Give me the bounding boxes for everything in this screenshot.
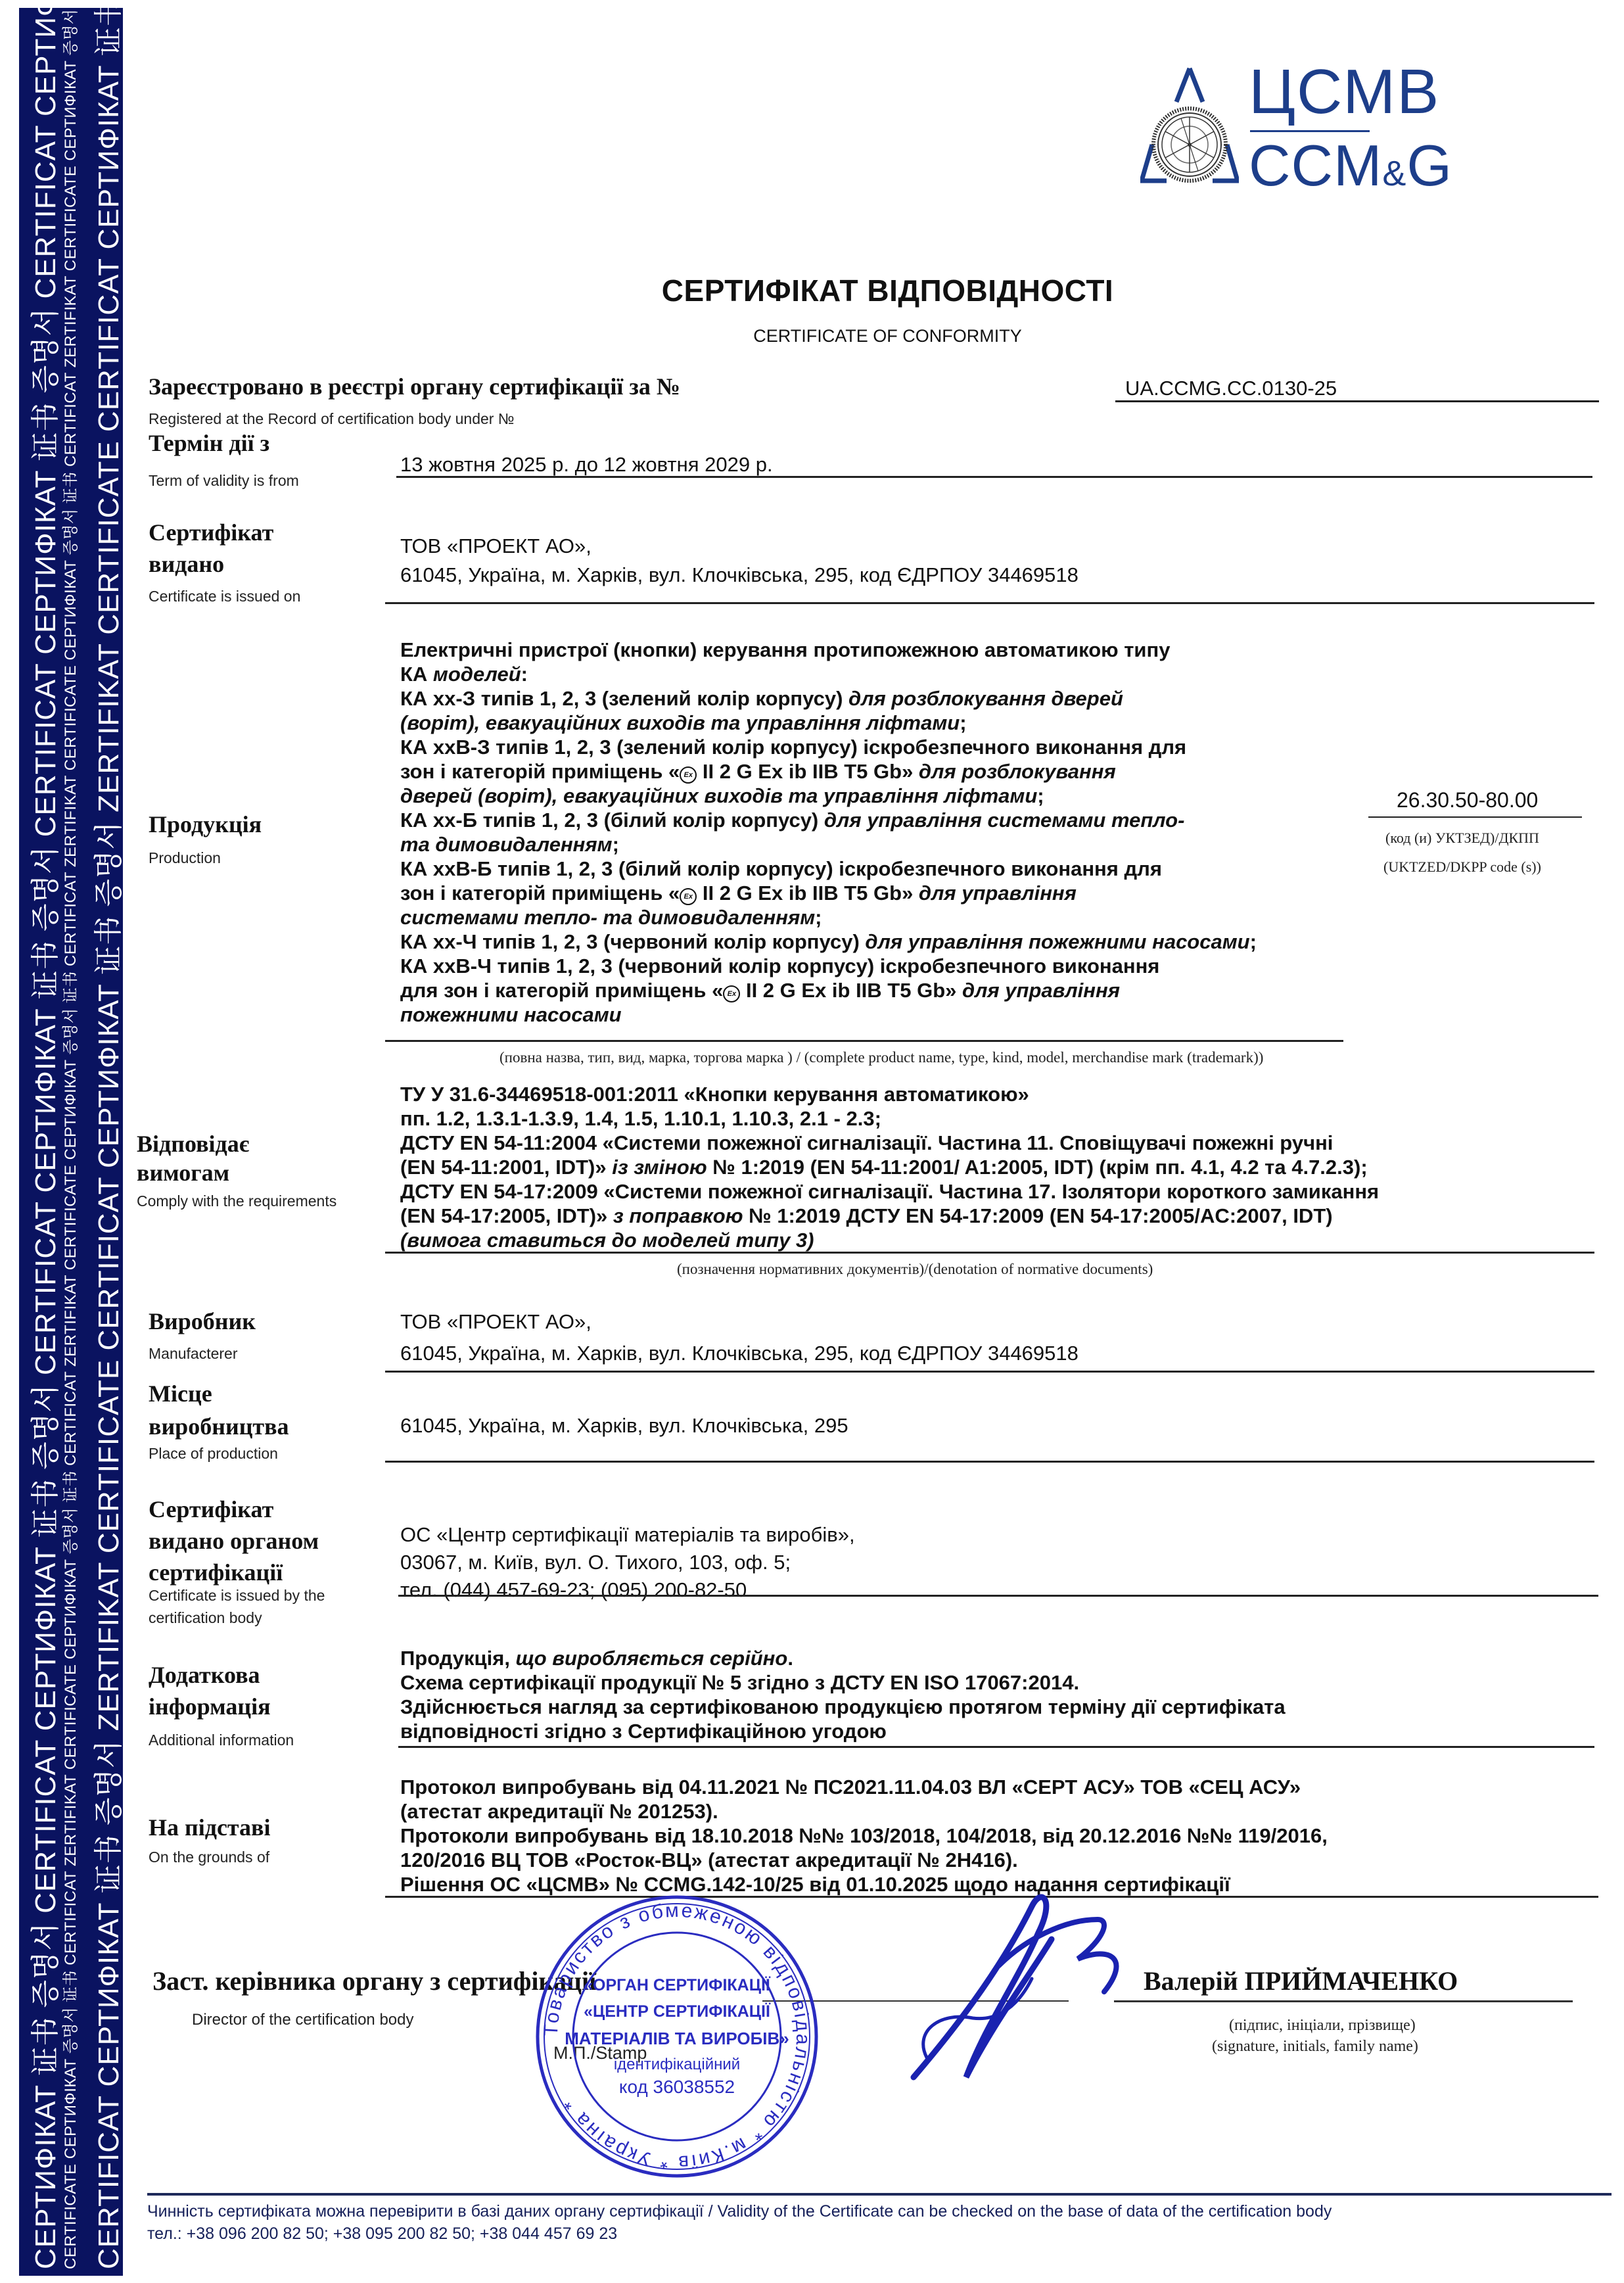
italic-text: (вимога ставиться до моделей типу 3) [400,1229,814,1252]
manufacturer-underline [385,1371,1594,1373]
text-line: зон і категорій приміщень «Ex II 2 G Ex … [400,881,1353,905]
text: КА ххВ-З типів 1, 2, 3 (зелений колір ко… [400,736,1186,759]
text-line: відповідності згідно з Сертифікаційною у… [400,1719,1596,1743]
text: КА [400,663,433,686]
text: КА ххВ-Б типів 1, 2, 3 (білий колір корп… [400,857,1162,880]
manufacturer-label-en: Manufacterer [149,1344,238,1363]
text: ДСТУ EN 54-11:2004 «Системи пожежної сиг… [400,1131,1333,1154]
cert-body-label-3: сертифікації [149,1558,283,1587]
text-line: та димовидаленням; [400,832,1353,857]
strip-column-small: CERTIFICATE СЕРТИФІКАТ 증명서 证书 CERTIFICAT… [57,8,83,2276]
text-line: дверей (воріт), евакуаційних виходів та … [400,784,1353,808]
text: КА хх-Ч типів 1, 2, 3 (червоний колір ко… [400,930,865,953]
gear-triangle-logo-icon [1140,66,1239,184]
text-line: системами тепло- та димовидаленням; [400,905,1353,930]
italic-text: пожежними насосами [400,1003,622,1026]
ex-symbol-icon: Ex [680,766,697,784]
logo-text-g: G [1406,133,1452,198]
requirements-list: ТУ У 31.6-34469518-001:2011 «Кнопки керу… [400,1082,1610,1252]
cert-body-underline [398,1595,1598,1597]
text: відповідності згідно з Сертифікаційною у… [400,1720,887,1743]
cert-body-label: Сертифікат [149,1495,273,1524]
product-code-underline [1368,816,1582,818]
production-caption: (повна назва, тип, вид, марка, торгова м… [499,1049,1263,1066]
product-code-caption-en: (UKTZED/DKPP code (s)) [1383,859,1541,876]
text-line: для зон і категорій приміщень «Ex II 2 G… [400,978,1353,1002]
text: ТУ У 31.6-34469518-001:2011 «Кнопки керу… [400,1083,1029,1106]
place-label-en: Place of production [149,1444,278,1463]
additional-label-2: інформація [149,1692,271,1721]
strip-column-large: СЕРТИФІКАТ 证书 증명서 CERTIFICAT СЕРТИФІКАТ … [22,8,58,2276]
validity-value: 13 жовтня 2025 р. до 12 жовтня 2029 р. [400,452,773,477]
requirements-underline [385,1252,1594,1254]
manufacturer-address: 61045, Україна, м. Харків, вул. Клочківс… [400,1341,1079,1365]
text-line: пожежними насосами [400,1002,1353,1027]
stamp-line: ідентифікаційний [614,2056,740,2073]
italic-text: що виробляється серійно [516,1647,788,1670]
text-line: КА ххВ-З типів 1, 2, 3 (зелений колір ко… [400,735,1353,759]
text: ; [1037,784,1044,807]
strip-text: CERTIFICATE СЕРТИФІКАТ 증명서 证书 CERTIFICAT… [57,8,80,2269]
text: пп. 1.2, 1.3.1-1.3.9, 1.4, 1.5, 1.10.1, … [400,1107,881,1130]
text-line: (EN 54-11:2001, IDT)» із зміною № 1:2019… [400,1155,1610,1179]
cert-body-label-en-2: certification body [149,1608,262,1628]
place-underline [385,1461,1594,1463]
registry-label-en: Registered at the Record of certificatio… [149,409,515,429]
footer-validity-note: Чинність сертифіката можна перевірити в … [147,2201,1332,2222]
requirements-caption: (позначення нормативних документів)/(den… [677,1261,1153,1278]
text-line: ДСТУ EN 54-11:2004 «Системи пожежної сиг… [400,1131,1610,1155]
italic-text: для управління системами тепло- [824,809,1185,832]
italic-text: для управління пожежними насосами [865,930,1249,953]
text-line: КА ххВ-Б типів 1, 2, 3 (білий колір корп… [400,857,1353,881]
production-description: Електричні пристрої (кнопки) керування п… [400,638,1353,1027]
security-strip: СЕРТИФІКАТ 证书 증명서 CERTIFICAT СЕРТИФІКАТ … [19,8,123,2276]
logo-text-en: CCM&G [1249,137,1452,195]
additional-label: Додаткова [149,1660,260,1689]
grounds-label-en: On the grounds of [149,1847,269,1867]
name-caption-ua: (підпис, ініціали, прізвище) [1229,2017,1416,2035]
text-line: КА моделей: [400,662,1353,686]
text: II 2 G Ex ib IIB T5 Gb» [697,760,919,783]
grounds-line: Протокол випробувань від 04.11.2021 № ПС… [400,1775,1596,1799]
grounds-label: На підставі [149,1813,271,1842]
ex-symbol-icon: Ex [723,985,740,1002]
stamp-line: МАТЕРІАЛІВ ТА ВИРОБІВ» [565,2029,789,2048]
issued-to-company: ТОВ «ПРОЕКТ АО», [400,534,592,558]
page-title: СЕРТИФІКАТ ВІДПОВІДНОСТІ [0,273,1624,308]
text: КА хх-Б типів 1, 2, 3 (білий колір корпу… [400,809,824,832]
text-line: КА хх-Ч типів 1, 2, 3 (червоний колір ко… [400,930,1353,954]
registry-number: UA.CCMG.CC.0130-25 [1125,376,1337,400]
grounds-list: Протокол випробувань від 04.11.2021 № ПС… [400,1775,1596,1896]
italic-text: для управління [919,882,1077,905]
text: . [787,1647,793,1670]
text-line: пп. 1.2, 1.3.1-1.3.9, 1.4, 1.5, 1.10.1, … [400,1106,1610,1131]
italic-text: дверей (воріт), евакуаційних виходів та … [400,784,1037,807]
manufacturer-company: ТОВ «ПРОЕКТ АО», [400,1309,592,1334]
text: ; [960,711,966,734]
additional-label-en: Additional information [149,1730,294,1750]
strip-column-large: CERTIFICAT СЕРТИФІКАТ 证书 증명서 ZERTIFIKAT … [85,8,122,2276]
place-label: Місце [149,1379,212,1408]
logo-text-amp: & [1382,154,1406,193]
text: (EN 54-11:2001, IDT)» [400,1156,612,1179]
footer-divider [147,2193,1612,2196]
text: Здійснюється нагляд за сертифікованою пр… [400,1695,1286,1718]
grounds-line: (атестат акредитації № 201253). [400,1799,1596,1824]
cert-body-label-2: видано органом [149,1526,319,1555]
italic-text: для розблокування [919,760,1116,783]
footer-phones: тел.: +38 096 200 82 50; +38 095 200 82 … [147,2223,617,2244]
product-code-caption-ua: (код (и) УКТЗЕД)/ДКПП [1385,830,1539,847]
italic-text: системами тепло- та димовидаленням [400,906,815,929]
text: КА ххВ-Ч типів 1, 2, 3 (червоний колір к… [400,954,1159,977]
text-line: ТУ У 31.6-34469518-001:2011 «Кнопки керу… [400,1082,1610,1106]
italic-text: для розблокування дверей [848,687,1123,710]
stamp-line: «ОРГАН СЕРТИФІКАЦІЇ [584,1976,771,1994]
issued-to-label: Сертифікат [149,518,273,547]
text: № 1:2019 (EN 54-11:2001/ A1:2005, IDT) (… [707,1156,1368,1179]
issued-to-label-en: Certificate is issued on [149,586,300,606]
text: ; [815,906,822,929]
cert-body-address: 03067, м. Київ, вул. О. Тихого, 103, оф.… [400,1550,791,1574]
ex-symbol-icon: Ex [680,888,697,905]
text-line: КА хх-З типів 1, 2, 3 (зелений колір кор… [400,686,1353,711]
text: : [521,663,528,686]
grounds-line: 120/2016 ВЦ ТОВ «Росток-ВЦ» (атестат акр… [400,1848,1596,1872]
strip-text: CERTIFICAT СЕРТИФІКАТ 证书 증명서 ZERTIFIKAT … [85,8,122,2269]
text: для зон і категорій приміщень « [400,979,723,1002]
strip-text: СЕРТИФІКАТ 证书 증명서 CERTIFICAT СЕРТИФІКАТ … [22,8,58,2269]
text-line: Схема сертифікації продукції № 5 згідно … [400,1670,1596,1695]
text: II 2 G Ex ib IIB T5 Gb» [697,882,919,905]
issued-to-underline [385,602,1594,604]
requirements-label-2: вимогам [137,1158,229,1187]
text-line: Здійснюється нагляд за сертифікованою пр… [400,1695,1596,1719]
validity-label-en: Term of validity is from [149,471,299,490]
registry-label: Зареєстровано в реєстрі органу сертифіка… [149,372,680,401]
italic-text: моделей [433,663,521,686]
issued-to-label-2: видано [149,550,224,578]
cert-body-phone: тел. (044) 457-69-23; (095) 200-82-50 [400,1578,747,1602]
additional-info: Продукція, що виробляється серійно.Схема… [400,1646,1596,1743]
text-line: зон і категорій приміщень «Ex II 2 G Ex … [400,759,1353,784]
validity-label: Термін дії з [149,429,269,458]
stamp-code: код 36038552 [619,2077,735,2097]
text: зон і категорій приміщень « [400,882,680,905]
page-subtitle: CERTIFICATE OF CONFORMITY [0,326,1624,346]
text: Схема сертифікації продукції № 5 згідно … [400,1671,1079,1694]
signatory-role: Заст. керівника органу з сертифікації [152,1965,596,1996]
production-label-en: Production [149,848,221,868]
text-line: ДСТУ EN 54-17:2009 «Системи пожежної сиг… [400,1179,1610,1204]
requirements-label: Відповідає [137,1129,249,1158]
text: II 2 G Ex ib IIB T5 Gb» [740,979,962,1002]
text-line: Продукція, що виробляється серійно. [400,1646,1596,1670]
text: (EN 54-17:2005, IDT)» [400,1204,613,1227]
text: Електричні пристрої (кнопки) керування п… [400,638,1170,661]
production-label: Продукція [149,810,262,839]
stamp-line: «ЦЕНТР СЕРТИФІКАЦІЇ [584,2002,771,2021]
production-underline [385,1040,1343,1042]
signatory-role-en: Director of the certification body [192,2010,414,2030]
registry-underline [1115,400,1599,402]
text: ; [1250,930,1257,953]
text-line: (вимога ставиться до моделей типу 3) [400,1228,1610,1252]
italic-text: та димовидаленням [400,833,613,856]
text: ; [613,833,619,856]
italic-text: (воріт), евакуаційних виходів та управлі… [400,711,960,734]
italic-text: для управління [962,979,1120,1002]
text: ДСТУ EN 54-17:2009 «Системи пожежної сиг… [400,1180,1379,1203]
text-line: (EN 54-17:2005, IDT)» з поправкою № 1:20… [400,1204,1610,1228]
issued-to-address: 61045, Україна, м. Харків, вул. Клочківс… [400,563,1079,587]
grounds-line: Протоколи випробувань від 18.10.2018 №№ … [400,1824,1596,1848]
additional-underline [398,1746,1594,1748]
text: КА хх-З типів 1, 2, 3 (зелений колір кор… [400,687,848,710]
italic-text: із зміною [612,1156,707,1179]
logo-text-ccm: CCM [1249,133,1382,198]
name-caption-en: (signature, initials, family name) [1212,2038,1418,2056]
italic-text: з поправкою [613,1204,743,1227]
text-line: КА хх-Б типів 1, 2, 3 (білий колір корпу… [400,808,1353,832]
handwritten-signature-icon [900,1880,1242,2117]
text-line: КА ххВ-Ч типів 1, 2, 3 (червоний колір к… [400,954,1353,978]
place-value: 61045, Україна, м. Харків, вул. Клочківс… [400,1413,848,1438]
text: зон і категорій приміщень « [400,760,680,783]
official-stamp-icon: Товариство з обмеженою відповідальністю … [532,1892,822,2181]
manufacturer-label: Виробник [149,1307,256,1336]
place-label-2: виробництва [149,1412,289,1441]
requirements-label-en: Comply with the requirements [137,1191,336,1211]
text-line: Електричні пристрої (кнопки) керування п… [400,638,1353,662]
text-line: (воріт), евакуаційних виходів та управлі… [400,711,1353,735]
cert-body-name: ОС «Центр сертифікації матеріалів та вир… [400,1522,855,1547]
product-code: 26.30.50-80.00 [1397,788,1538,812]
cert-body-label-en: Certificate is issued by the [149,1586,325,1605]
text: № 1:2019 ДСТУ EN 54-17:2009 (EN 54-17:20… [743,1204,1333,1227]
text: Продукція, [400,1647,516,1670]
logo-divider [1250,130,1370,132]
validity-underline [396,476,1592,478]
logo-text-ua: ЦСМВ [1249,60,1440,124]
